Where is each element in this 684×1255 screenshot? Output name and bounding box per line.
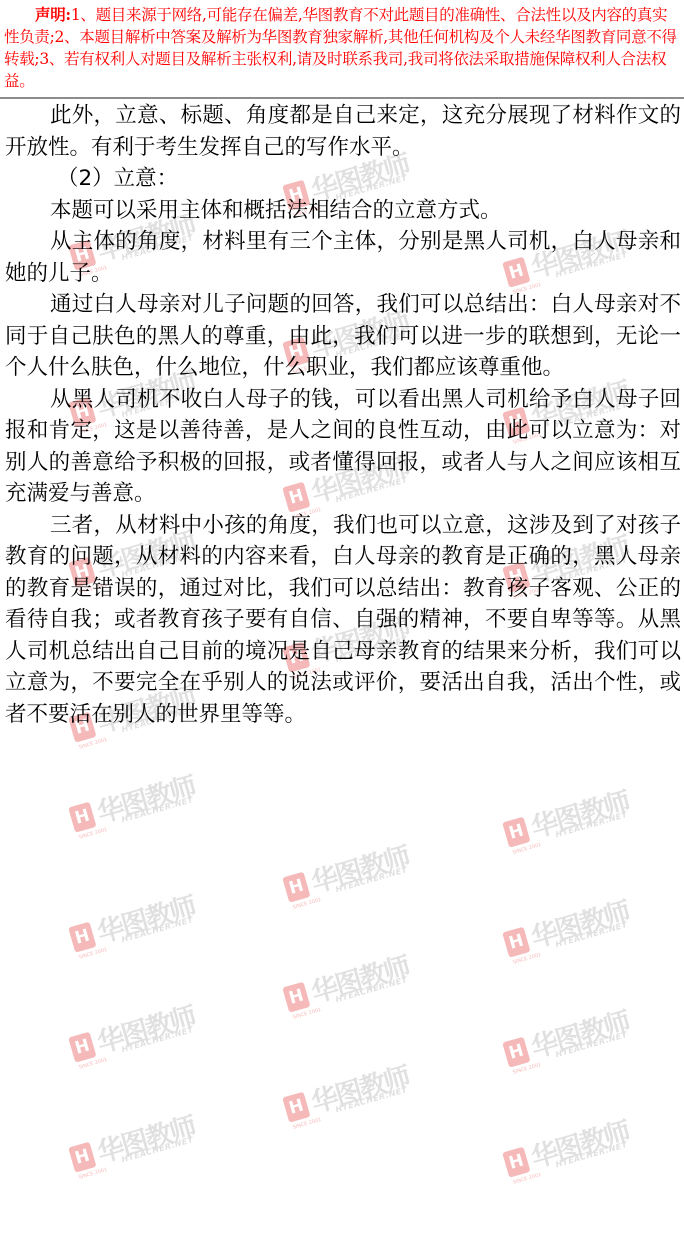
watermark-logo-icon: H xyxy=(68,1142,96,1173)
document-body: 此外，立意、标题、角度都是自己来定，这充分展现了材料作文的开放性。有利于考生发挥… xyxy=(5,100,681,730)
paragraph-openness: 此外，立意、标题、角度都是自己来定，这充分展现了材料作文的开放性。有利于考生发挥… xyxy=(5,100,681,163)
watermark: H SINCE 2001 华图教师 HTEACHER.NET xyxy=(500,886,651,982)
watermark-logo-icon: H xyxy=(502,927,530,958)
paragraph-white-mother: 通过白人母亲对儿子问题的回答，我们可以总结出：白人母亲对不同于自己肤色的黑人的尊… xyxy=(5,289,681,384)
watermark-logo-icon: H xyxy=(282,1092,310,1123)
paragraph-child-perspective: 三者，从材料中小孩的角度，我们也可以立意，这涉及到了对孩子教育的问题，从材料的内… xyxy=(5,510,681,731)
watermark-logo-icon: H xyxy=(502,1147,530,1178)
watermark: H SINCE 2001 华图教师 HTEACHER.NET xyxy=(66,881,217,977)
watermark-logo-icon: H xyxy=(502,817,530,848)
watermark-logo-icon: H xyxy=(68,1032,96,1063)
watermark-logo-icon: H xyxy=(68,802,96,833)
disclaimer-notice: 声明:1、题目来源于网络,可能存在偏差,华图教育不对此题目的准确性、合法性以及内… xyxy=(4,4,680,92)
paragraph-subjects: 从主体的角度，材料里有三个主体，分别是黑人司机，白人母亲和她的儿子。 xyxy=(5,226,681,289)
watermark-logo-icon: H xyxy=(502,1037,530,1068)
paragraph-black-driver: 从黑人司机不收白人母子的钱，可以看出黑人司机给予白人母子回报和肯定，这是以善待善… xyxy=(5,384,681,510)
watermark: H SINCE 2001 华图教师 HTEACHER.NET xyxy=(66,761,217,857)
disclaimer-lead: 声明: xyxy=(35,5,71,24)
watermark-logo-icon: H xyxy=(282,872,310,903)
paragraph-method: 本题可以采用主体和概括法相结合的立意方式。 xyxy=(5,195,681,227)
watermark: H SINCE 2001 华图教师 HTEACHER.NET xyxy=(500,776,651,872)
watermark: H SINCE 2001 华图教师 HTEACHER.NET xyxy=(66,991,217,1087)
watermark: H SINCE 2001 华图教师 HTEACHER.NET xyxy=(280,941,431,1037)
watermark-logo-icon: H xyxy=(68,922,96,953)
section-heading-theme: （2）立意： xyxy=(5,163,681,195)
watermark: H SINCE 2001 华图教师 HTEACHER.NET xyxy=(280,831,431,927)
disclaimer-paragraph: 声明:1、题目来源于网络,可能存在偏差,华图教育不对此题目的准确性、合法性以及内… xyxy=(4,4,680,92)
watermark: H SINCE 2001 华图教师 HTEACHER.NET xyxy=(280,1051,431,1147)
watermark: H SINCE 2001 华图教师 HTEACHER.NET xyxy=(66,1101,217,1197)
watermark: H SINCE 2001 华图教师 HTEACHER.NET xyxy=(500,1106,651,1202)
watermark: H SINCE 2001 华图教师 HTEACHER.NET xyxy=(500,996,651,1092)
watermark-logo-icon: H xyxy=(282,982,310,1013)
document-page: 声明:1、题目来源于网络,可能存在偏差,华图教育不对此题目的准确性、合法性以及内… xyxy=(0,0,684,1255)
disclaimer-text: 1、题目来源于网络,可能存在偏差,华图教育不对此题目的准确性、合法性以及内容的真… xyxy=(4,6,677,90)
header-separator xyxy=(0,97,684,99)
